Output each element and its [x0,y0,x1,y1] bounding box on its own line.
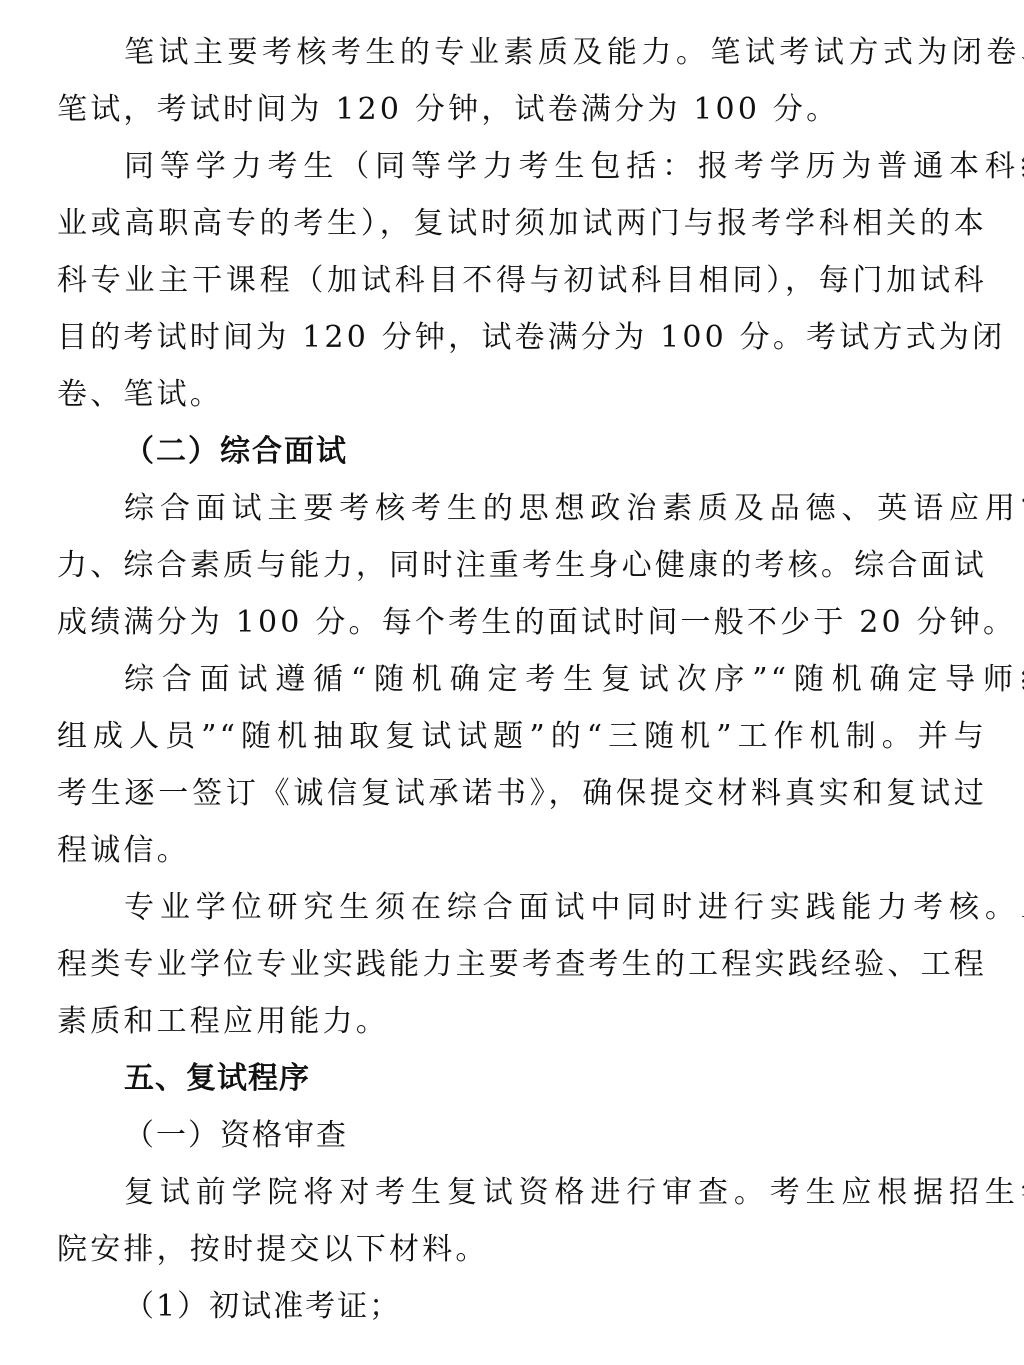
paragraph-interview-line-2: 力、综合素质与能力，同时注重考生身心健康的考核。综合面试 [57,541,987,591]
paragraph-equivalent-line-3: 科专业主干课程（加试科目不得与初试科目相同），每门加试科 [57,256,987,306]
paragraph-interview-line-3: 成绩满分为 100 分。每个考生的面试时间一般不少于 20 分钟。 [57,598,987,648]
section-heading-interview: （二）综合面试 [124,427,1024,477]
paragraph-qualification-line-1: 复试前学院将对考生复试资格进行审查。考生应根据招生学 [124,1168,1024,1218]
paragraph-equivalent-line-4: 目的考试时间为 120 分钟，试卷满分为 100 分。考试方式为闭 [57,313,987,363]
paragraph-equivalent-line-2: 业或高职高专的考生），复试时须加试两门与报考学科相关的本 [57,199,987,249]
paragraph-equivalent-line-5: 卷、笔试。 [57,370,987,420]
paragraph-interview-line-1: 综合面试主要考核考生的思想政治素质及品德、英语应用能 [124,484,1024,534]
paragraph-three-random-line-2: 组成人员”“随机抽取复试试题”的“三随机”工作机制。并与 [57,712,987,762]
paragraph-equivalent-line-1: 同等学力考生（同等学力考生包括：报考学历为普通本科结 [124,142,1024,192]
paragraph-three-random-line-1: 综合面试遵循“随机确定考生复试次序”“随机确定导师组 [124,655,1024,705]
paragraph-written-exam-line-2: 笔试，考试时间为 120 分钟，试卷满分为 100 分。 [57,85,987,135]
list-item-admission-ticket: （1）初试准考证； [124,1282,1024,1332]
paragraph-qualification-line-2: 院安排，按时提交以下材料。 [57,1225,987,1275]
document-page: 笔试主要考核考生的专业素质及能力。笔试考试方式为闭卷、 笔试，考试时间为 120… [0,0,1024,1365]
paragraph-three-random-line-3: 考生逐一签订《诚信复试承诺书》，确保提交材料真实和复试过 [57,769,987,819]
section-heading-procedure: 五、复试程序 [124,1054,1024,1104]
subsection-heading-qualification: （一）资格审查 [124,1111,1024,1161]
paragraph-written-exam-line-1: 笔试主要考核考生的专业素质及能力。笔试考试方式为闭卷、 [124,28,1024,78]
paragraph-three-random-line-4: 程诚信。 [57,826,987,876]
paragraph-practice-line-2: 程类专业学位专业实践能力主要考查考生的工程实践经验、工程 [57,940,987,990]
paragraph-practice-line-3: 素质和工程应用能力。 [57,997,987,1047]
paragraph-practice-line-1: 专业学位研究生须在综合面试中同时进行实践能力考核。工 [124,883,1024,933]
